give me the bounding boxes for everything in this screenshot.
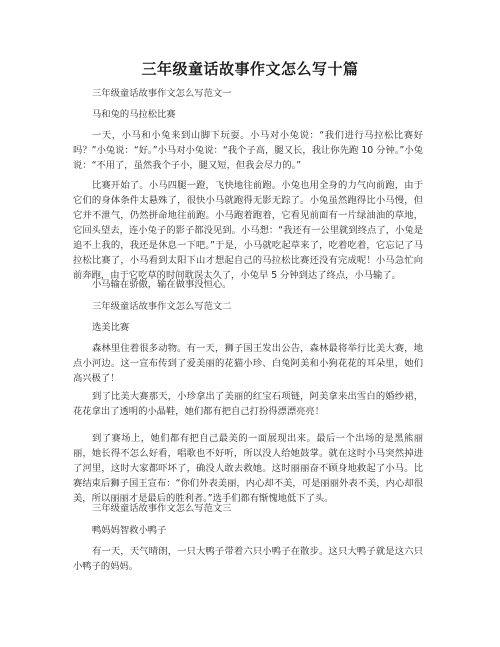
section-2-paragraph-3: 到了赛场上，她们都有把自己最美的一面展现出来。最后一个出场的是黑熊丽丽，她长得不… [73, 431, 423, 506]
paragraph: 到了比美大赛那天，小珍拿出了美丽的红宝石项链，阿美拿来出雪白的婚纱裙，花花拿出了… [73, 389, 423, 419]
section-1-paragraph-3: 小马输在骄傲，输在做事没恒心。 [73, 277, 423, 292]
paragraph: 一天，小马和小兔来到山脚下玩耍。小马对小兔说：“我们进行马拉松比赛好吗？”小兔说… [73, 128, 423, 173]
paragraph: 到了赛场上，她们都有把自己最美的一面展现出来。最后一个出场的是黑熊丽丽，她长得不… [73, 431, 423, 506]
section-heading: 三年级童话故事作文怎么写范文三 [73, 501, 423, 516]
section-1-subtitle-block: 马和兔的马拉松比赛 [73, 107, 423, 122]
document-page: 三年级童话故事作文怎么写十篇 三年级童话故事作文怎么写范文一 马和兔的马拉松比赛… [0, 0, 500, 647]
story-title: 选美比赛 [73, 320, 423, 335]
paragraph: 森林里住着很多动物。有一天，狮子国王发出公告，森林最将举行比美大赛，地点小河边。… [73, 341, 423, 386]
section-1-paragraph-2: 比赛开始了。小马四腿一蹬，飞快地往前跑。小兔也用全身的力气向前跑，由于它们的身体… [73, 178, 423, 283]
paragraph: 有一天，天气晴朗，一只大鸭子带着六只小鸭子在散步。这只大鸭子就是这六只小鸭子的妈… [73, 544, 423, 574]
section-1-heading-block: 三年级童话故事作文怎么写范文一 [73, 86, 423, 101]
story-title: 马和兔的马拉松比赛 [73, 107, 423, 122]
paragraph: 小马输在骄傲，输在做事没恒心。 [73, 277, 423, 292]
section-2-paragraph-2: 到了比美大赛那天，小珍拿出了美丽的红宝石项链，阿美拿来出雪白的婚纱裙，花花拿出了… [73, 389, 423, 419]
section-1-paragraph-1: 一天，小马和小兔来到山脚下玩耍。小马对小兔说：“我们进行马拉松比赛好吗？”小兔说… [73, 128, 423, 173]
section-3-subtitle-block: 鸭妈妈智救小鸭子 [73, 523, 423, 538]
story-title: 鸭妈妈智救小鸭子 [73, 523, 423, 538]
section-3-paragraph-1: 有一天，天气晴朗，一只大鸭子带着六只小鸭子在散步。这只大鸭子就是这六只小鸭子的妈… [73, 544, 423, 574]
section-2-paragraph-1: 森林里住着很多动物。有一天，狮子国王发出公告，森林最将举行比美大赛，地点小河边。… [73, 341, 423, 386]
section-2-subtitle-block: 选美比赛 [73, 320, 423, 335]
section-2-heading-block: 三年级童话故事作文怎么写范文二 [73, 299, 423, 314]
document-title: 三年级童话故事作文怎么写十篇 [0, 58, 500, 79]
paragraph: 比赛开始了。小马四腿一蹬，飞快地往前跑。小兔也用全身的力气向前跑，由于它们的身体… [73, 178, 423, 283]
section-3-heading-block: 三年级童话故事作文怎么写范文三 [73, 501, 423, 516]
section-heading: 三年级童话故事作文怎么写范文一 [73, 86, 423, 101]
section-heading: 三年级童话故事作文怎么写范文二 [73, 299, 423, 314]
